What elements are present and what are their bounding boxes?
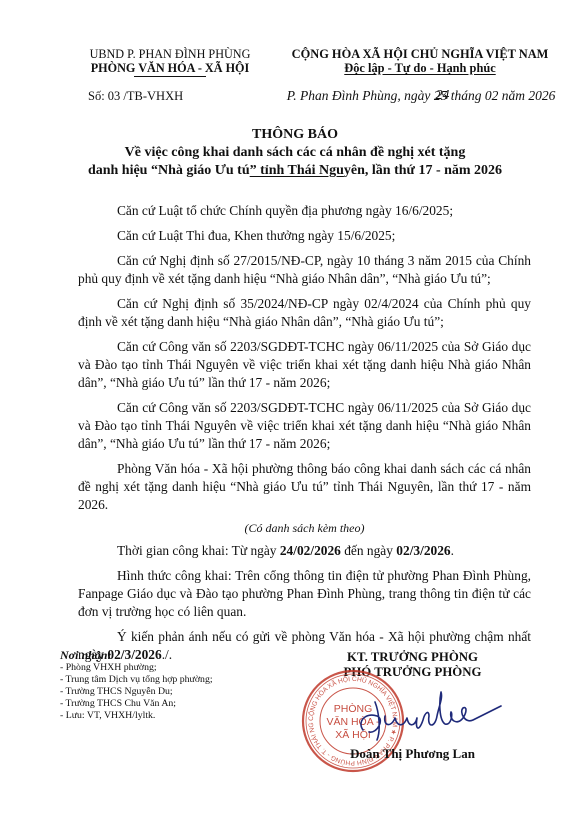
document-body: Căn cứ Luật tổ chức Chính quyền địa phươ… xyxy=(78,202,531,671)
recipient-item: - Phòng VHXH phường; xyxy=(60,662,280,674)
parent-agency: UBND P. PHAN ĐÌNH PHÙNG xyxy=(60,47,280,61)
recipient-item: - Lưu: VT, VHXH/lyltk. xyxy=(60,710,280,722)
period-start: 24/02/2026 xyxy=(280,543,341,558)
document-type: THÔNG BÁO xyxy=(60,126,530,144)
announcement-paragraph: Phòng Văn hóa - Xã hội phường thông báo … xyxy=(78,460,531,514)
subject-part-a: danh hiệu “Nhà giáo Ưu tú xyxy=(88,163,250,178)
publication-channels: Hình thức công khai: Trên cổng thông tin… xyxy=(78,567,531,621)
attachment-note: (Có danh sách kèm theo) xyxy=(78,519,531,537)
signatory-name: Đoàn Thị Phương Lan xyxy=(300,746,525,762)
subject-part-c: yên, lần thứ 17 - năm 2026 xyxy=(344,163,502,178)
issuing-agency: PHÒNG VĂN HÓA - XÃ HỘI xyxy=(60,61,280,75)
legal-basis-3: Căn cứ Nghị định số 27/2015/NĐ-CP, ngày … xyxy=(78,252,531,288)
date-day: 2524 xyxy=(434,88,448,103)
handwritten-signature-icon xyxy=(355,682,505,742)
date-suffix: tháng 02 năm 2026 xyxy=(447,88,555,103)
recipients-block: Nơi nhận: - Phòng VHXH phường; - Trung t… xyxy=(60,648,280,722)
legal-basis-6: Căn cứ Công văn số 2203/SGDĐT-TCHC ngày … xyxy=(78,399,531,453)
subject-part-underlined: ” tỉnh Thái Ngu xyxy=(250,163,344,178)
period-end: 02/3/2026 xyxy=(396,543,450,558)
document-subject-line1: Về việc công khai danh sách các cá nhân … xyxy=(60,144,530,162)
national-motto: Độc lập - Tự do - Hạnh phúc xyxy=(270,61,570,75)
signatory-role-1: KT. TRƯỞNG PHÒNG xyxy=(300,650,525,665)
issuing-agency-block: UBND P. PHAN ĐÌNH PHÙNG PHÒNG VĂN HÓA - … xyxy=(60,47,280,77)
nation-name: CỘNG HÒA XÃ HỘI CHỦ NGHĨA VIỆT NAM xyxy=(270,47,570,61)
date-prefix: P. Phan Đình Phùng, ngày xyxy=(287,88,434,103)
legal-basis-5: Căn cứ Công văn số 2203/SGDĐT-TCHC ngày … xyxy=(78,338,531,392)
date-day-overwrite: 24 xyxy=(436,87,450,103)
period-mid: đến ngày xyxy=(341,543,396,558)
recipient-item: - Trung tâm Dịch vụ tổng hợp phường; xyxy=(60,674,280,686)
document-title-block: THÔNG BÁO Về việc công khai danh sách cá… xyxy=(60,126,530,180)
legal-basis-4: Căn cứ Nghị định số 35/2024/NĐ-CP ngày 0… xyxy=(78,295,531,331)
publication-period: Thời gian công khai: Từ ngày 24/02/2026 … xyxy=(78,542,531,560)
document-subject-line2: danh hiệu “Nhà giáo Ưu tú” tỉnh Thái Ngu… xyxy=(60,162,530,180)
issue-date: P. Phan Đình Phùng, ngày 2524 tháng 02 n… xyxy=(271,88,571,104)
recipients-heading: Nơi nhận: xyxy=(60,648,280,662)
recipient-item: - Trường THCS Chu Văn An; xyxy=(60,698,280,710)
legal-basis-1: Căn cứ Luật tổ chức Chính quyền địa phươ… xyxy=(78,202,531,220)
period-label: Thời gian công khai: Từ ngày xyxy=(117,543,280,558)
agency-underline xyxy=(134,76,206,77)
period-tail: . xyxy=(451,543,454,558)
document-number: Số: 03 /TB-VHXH xyxy=(88,89,183,104)
national-header: CỘNG HÒA XÃ HỘI CHỦ NGHĨA VIỆT NAM Độc l… xyxy=(270,47,570,75)
legal-basis-2: Căn cứ Luật Thi đua, Khen thưởng ngày 15… xyxy=(78,227,531,245)
recipient-item: - Trường THCS Nguyễn Du; xyxy=(60,686,280,698)
